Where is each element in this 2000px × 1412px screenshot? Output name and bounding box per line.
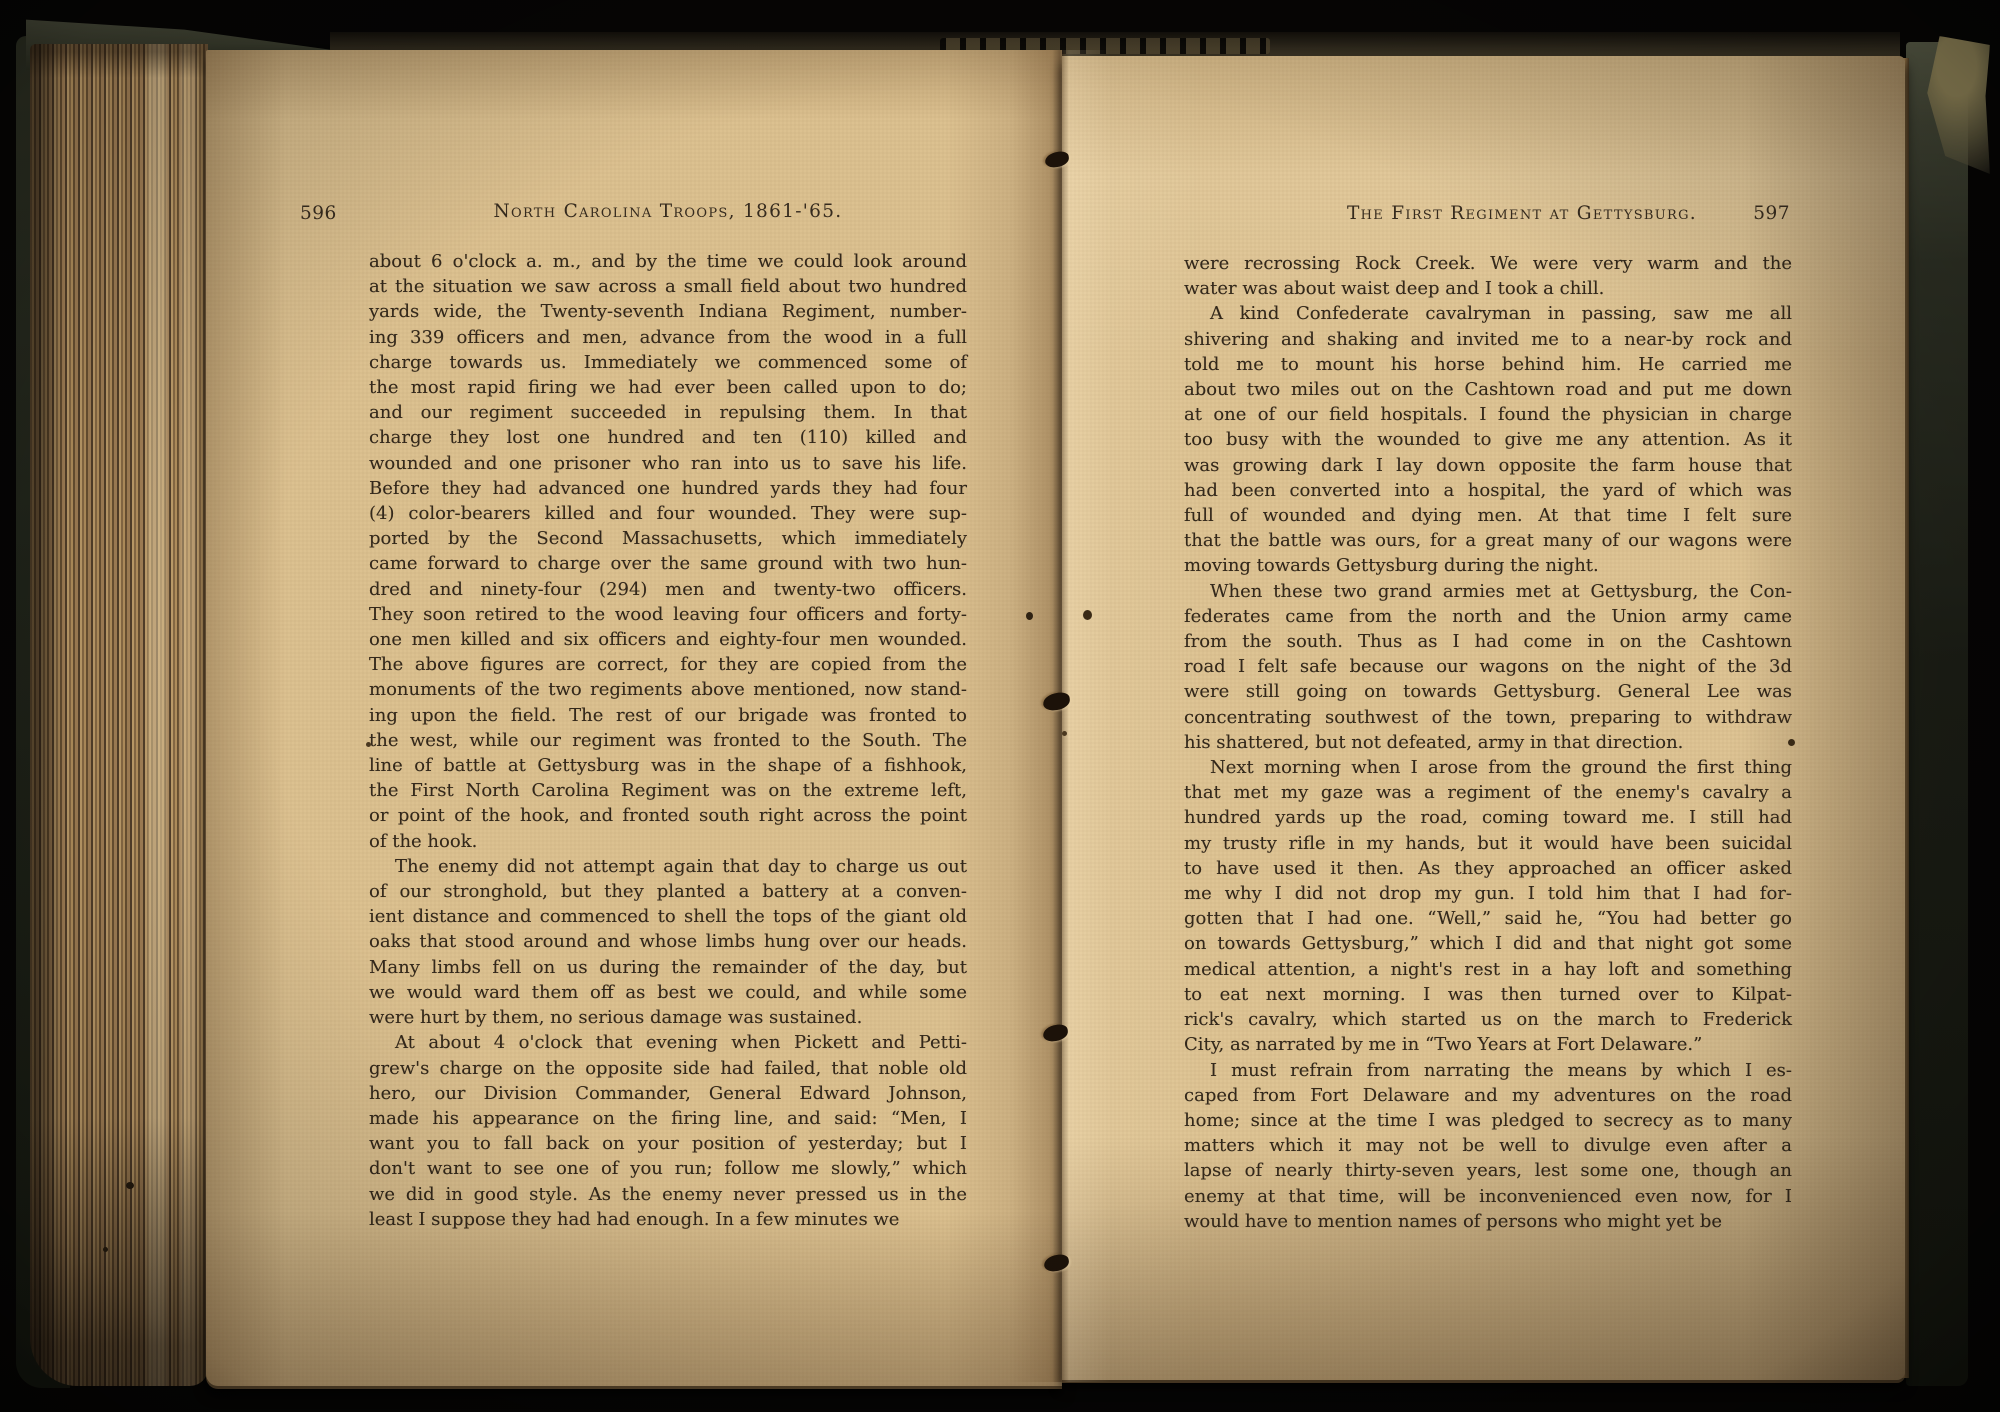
text-line: too busy with the wounded to give me any… (1184, 427, 1792, 452)
text-line: wounded and one prisoner who ran into us… (369, 451, 967, 476)
text-line: from the south. Thus as I had come in on… (1184, 629, 1792, 654)
text-line: Next morning when I arose from the groun… (1184, 755, 1792, 780)
text-line: my trusty rifle in my hands, but it woul… (1184, 831, 1792, 856)
right-page: The First Regiment at Gettysburg. 597 we… (1062, 56, 1905, 1380)
text-line: his shattered, but not defeated, army in… (1184, 730, 1792, 755)
text-line: enemy at that time, will be inconvenienc… (1184, 1184, 1792, 1209)
right-running-title: The First Regiment at Gettysburg. (1262, 203, 1782, 224)
paper-speck (1083, 610, 1092, 620)
text-line: medical attention, a night's rest in a h… (1184, 957, 1792, 982)
text-line: about two miles out on the Cashtown road… (1184, 377, 1792, 402)
paper-speck (1788, 739, 1795, 746)
text-line: ient distance and commenced to shell the… (369, 904, 967, 929)
text-line: moving towards Gettysburg during the nig… (1184, 553, 1792, 578)
left-page-edge-stack (30, 44, 208, 1386)
text-line: were hurt by them, no serious damage was… (369, 1005, 967, 1030)
right-page-body: were recrossing Rock Creek. We were very… (1184, 251, 1792, 1234)
paragraph: The enemy did not attempt again that day… (369, 854, 967, 1030)
text-line: federates came from the north and the Un… (1184, 604, 1792, 629)
text-line: The enemy did not attempt again that day… (369, 854, 967, 879)
text-line: matters which it may not be well to divu… (1184, 1133, 1792, 1158)
text-line: don't want to see one of you run; follow… (369, 1156, 967, 1181)
text-line: (4) color-bearers killed and four wounde… (369, 501, 967, 526)
left-running-title: North Carolina Troops, 1861-'65. (369, 201, 967, 222)
text-line: dred and ninety-four (294) men and twent… (369, 577, 967, 602)
text-line: ing upon the field. The rest of our brig… (369, 703, 967, 728)
paragraph: were recrossing Rock Creek. We were very… (1184, 251, 1792, 301)
text-line: They soon retired to the wood leaving fo… (369, 602, 967, 627)
text-line: were still going on towards Gettysburg. … (1184, 679, 1792, 704)
paragraph: At about 4 o'clock that evening when Pic… (369, 1030, 967, 1232)
text-line: we would ward them off as best we could,… (369, 980, 967, 1005)
text-line: or point of the hook, and fronted south … (369, 803, 967, 828)
text-line: road I felt safe because our wagons on t… (1184, 654, 1792, 679)
text-line: had been converted into a hospital, the … (1184, 478, 1792, 503)
text-line: full of wounded and dying men. At that t… (1184, 503, 1792, 528)
text-line: ing 339 officers and men, advance from t… (369, 325, 967, 350)
text-line: of our stronghold, but they planted a ba… (369, 879, 967, 904)
text-line: ported by the Second Massachusetts, whic… (369, 526, 967, 551)
text-line: lapse of nearly thirty-seven years, lest… (1184, 1158, 1792, 1183)
text-line: concentrating southwest of the town, pre… (1184, 705, 1792, 730)
paragraph: Next morning when I arose from the groun… (1184, 755, 1792, 1057)
text-line: on towards Gettysburg,” which I did and … (1184, 931, 1792, 956)
text-line: came forward to charge over the same gro… (369, 551, 967, 576)
text-line: The above figures are correct, for they … (369, 652, 967, 677)
text-line: the First North Carolina Regiment was on… (369, 778, 967, 803)
text-line: one men killed and six officers and eigh… (369, 627, 967, 652)
paragraph: I must refrain from narrating the means … (1184, 1058, 1792, 1234)
text-line: rick's cavalry, which started us on the … (1184, 1007, 1792, 1032)
text-line: told me to mount his horse behind him. H… (1184, 352, 1792, 377)
text-line: charge towards us. Immediately we commen… (369, 350, 967, 375)
text-line: of the hook. (369, 829, 967, 854)
text-line: A kind Confederate cavalryman in passing… (1184, 301, 1792, 326)
text-line: made his appearance on the firing line, … (369, 1106, 967, 1131)
text-line: yards wide, the Twenty-seventh Indiana R… (369, 299, 967, 324)
paragraph: about 6 o'clock a. m., and by the time w… (369, 249, 967, 854)
paragraph: A kind Confederate cavalryman in passing… (1184, 301, 1792, 578)
paper-speck (1026, 612, 1033, 620)
text-line: was growing dark I lay down opposite the… (1184, 453, 1792, 478)
text-line: When these two grand armies met at Getty… (1184, 579, 1792, 604)
text-line: shivering and shaking and invited me to … (1184, 327, 1792, 352)
text-line: the most rapid firing we had ever been c… (369, 375, 967, 400)
text-line: water was about waist deep and I took a … (1184, 276, 1792, 301)
text-line: were recrossing Rock Creek. We were very… (1184, 251, 1792, 276)
text-line: about 6 o'clock a. m., and by the time w… (369, 249, 967, 274)
text-line: that met my gaze was a regiment of the e… (1184, 780, 1792, 805)
text-line: at one of our field hospitals. I found t… (1184, 402, 1792, 427)
paper-speck (1062, 731, 1067, 736)
text-line: me why I did not drop my gun. I told him… (1184, 881, 1792, 906)
text-line: caped from Fort Delaware and my adventur… (1184, 1083, 1792, 1108)
left-page: 596 North Carolina Troops, 1861-'65. abo… (206, 50, 1062, 1386)
text-line: hero, our Division Commander, General Ed… (369, 1081, 967, 1106)
text-line: we did in good style. As the enemy never… (369, 1182, 967, 1207)
text-line: Before they had advanced one hundred yar… (369, 476, 967, 501)
text-line: the west, while our regiment was fronted… (369, 728, 967, 753)
text-line: want you to fall back on your position o… (369, 1131, 967, 1156)
book-cover-right-edge (1906, 42, 1968, 1386)
text-line: I must refrain from narrating the means … (1184, 1058, 1792, 1083)
text-line: line of battle at Gettysburg was in the … (369, 753, 967, 778)
text-line: monuments of the two regiments above men… (369, 677, 967, 702)
text-line: that the battle was ours, for a great ma… (1184, 528, 1792, 553)
left-page-number: 596 (300, 203, 337, 224)
text-line: would have to mention names of persons w… (1184, 1209, 1792, 1234)
text-line: least I suppose they had had enough. In … (369, 1207, 967, 1232)
text-line: At about 4 o'clock that evening when Pic… (369, 1030, 967, 1055)
text-line: hundred yards up the road, coming toward… (1184, 805, 1792, 830)
text-line: charge they lost one hundred and ten (11… (369, 425, 967, 450)
text-line: City, as narrated by me in “Two Years at… (1184, 1032, 1792, 1057)
text-line: and our regiment succeeded in repulsing … (369, 400, 967, 425)
book-photograph: 596 North Carolina Troops, 1861-'65. abo… (0, 0, 2000, 1412)
text-line: to eat next morning. I was then turned o… (1184, 982, 1792, 1007)
text-line: to have used it then. As they approached… (1184, 856, 1792, 881)
paper-speck (126, 1182, 134, 1189)
paper-speck (103, 1247, 108, 1252)
text-line: oaks that stood around and whose limbs h… (369, 929, 967, 954)
paper-speck (366, 742, 371, 747)
text-line: at the situation we saw across a small f… (369, 274, 967, 299)
paragraph: When these two grand armies met at Getty… (1184, 579, 1792, 755)
text-line: Many limbs fell on us during the remaind… (369, 955, 967, 980)
text-line: home; since at the time I was pledged to… (1184, 1108, 1792, 1133)
left-page-body: about 6 o'clock a. m., and by the time w… (369, 249, 967, 1232)
text-line: gotten that I had one. “Well,” said he, … (1184, 906, 1792, 931)
right-page-number: 597 (1753, 203, 1790, 224)
text-line: grew's charge on the opposite side had f… (369, 1056, 967, 1081)
